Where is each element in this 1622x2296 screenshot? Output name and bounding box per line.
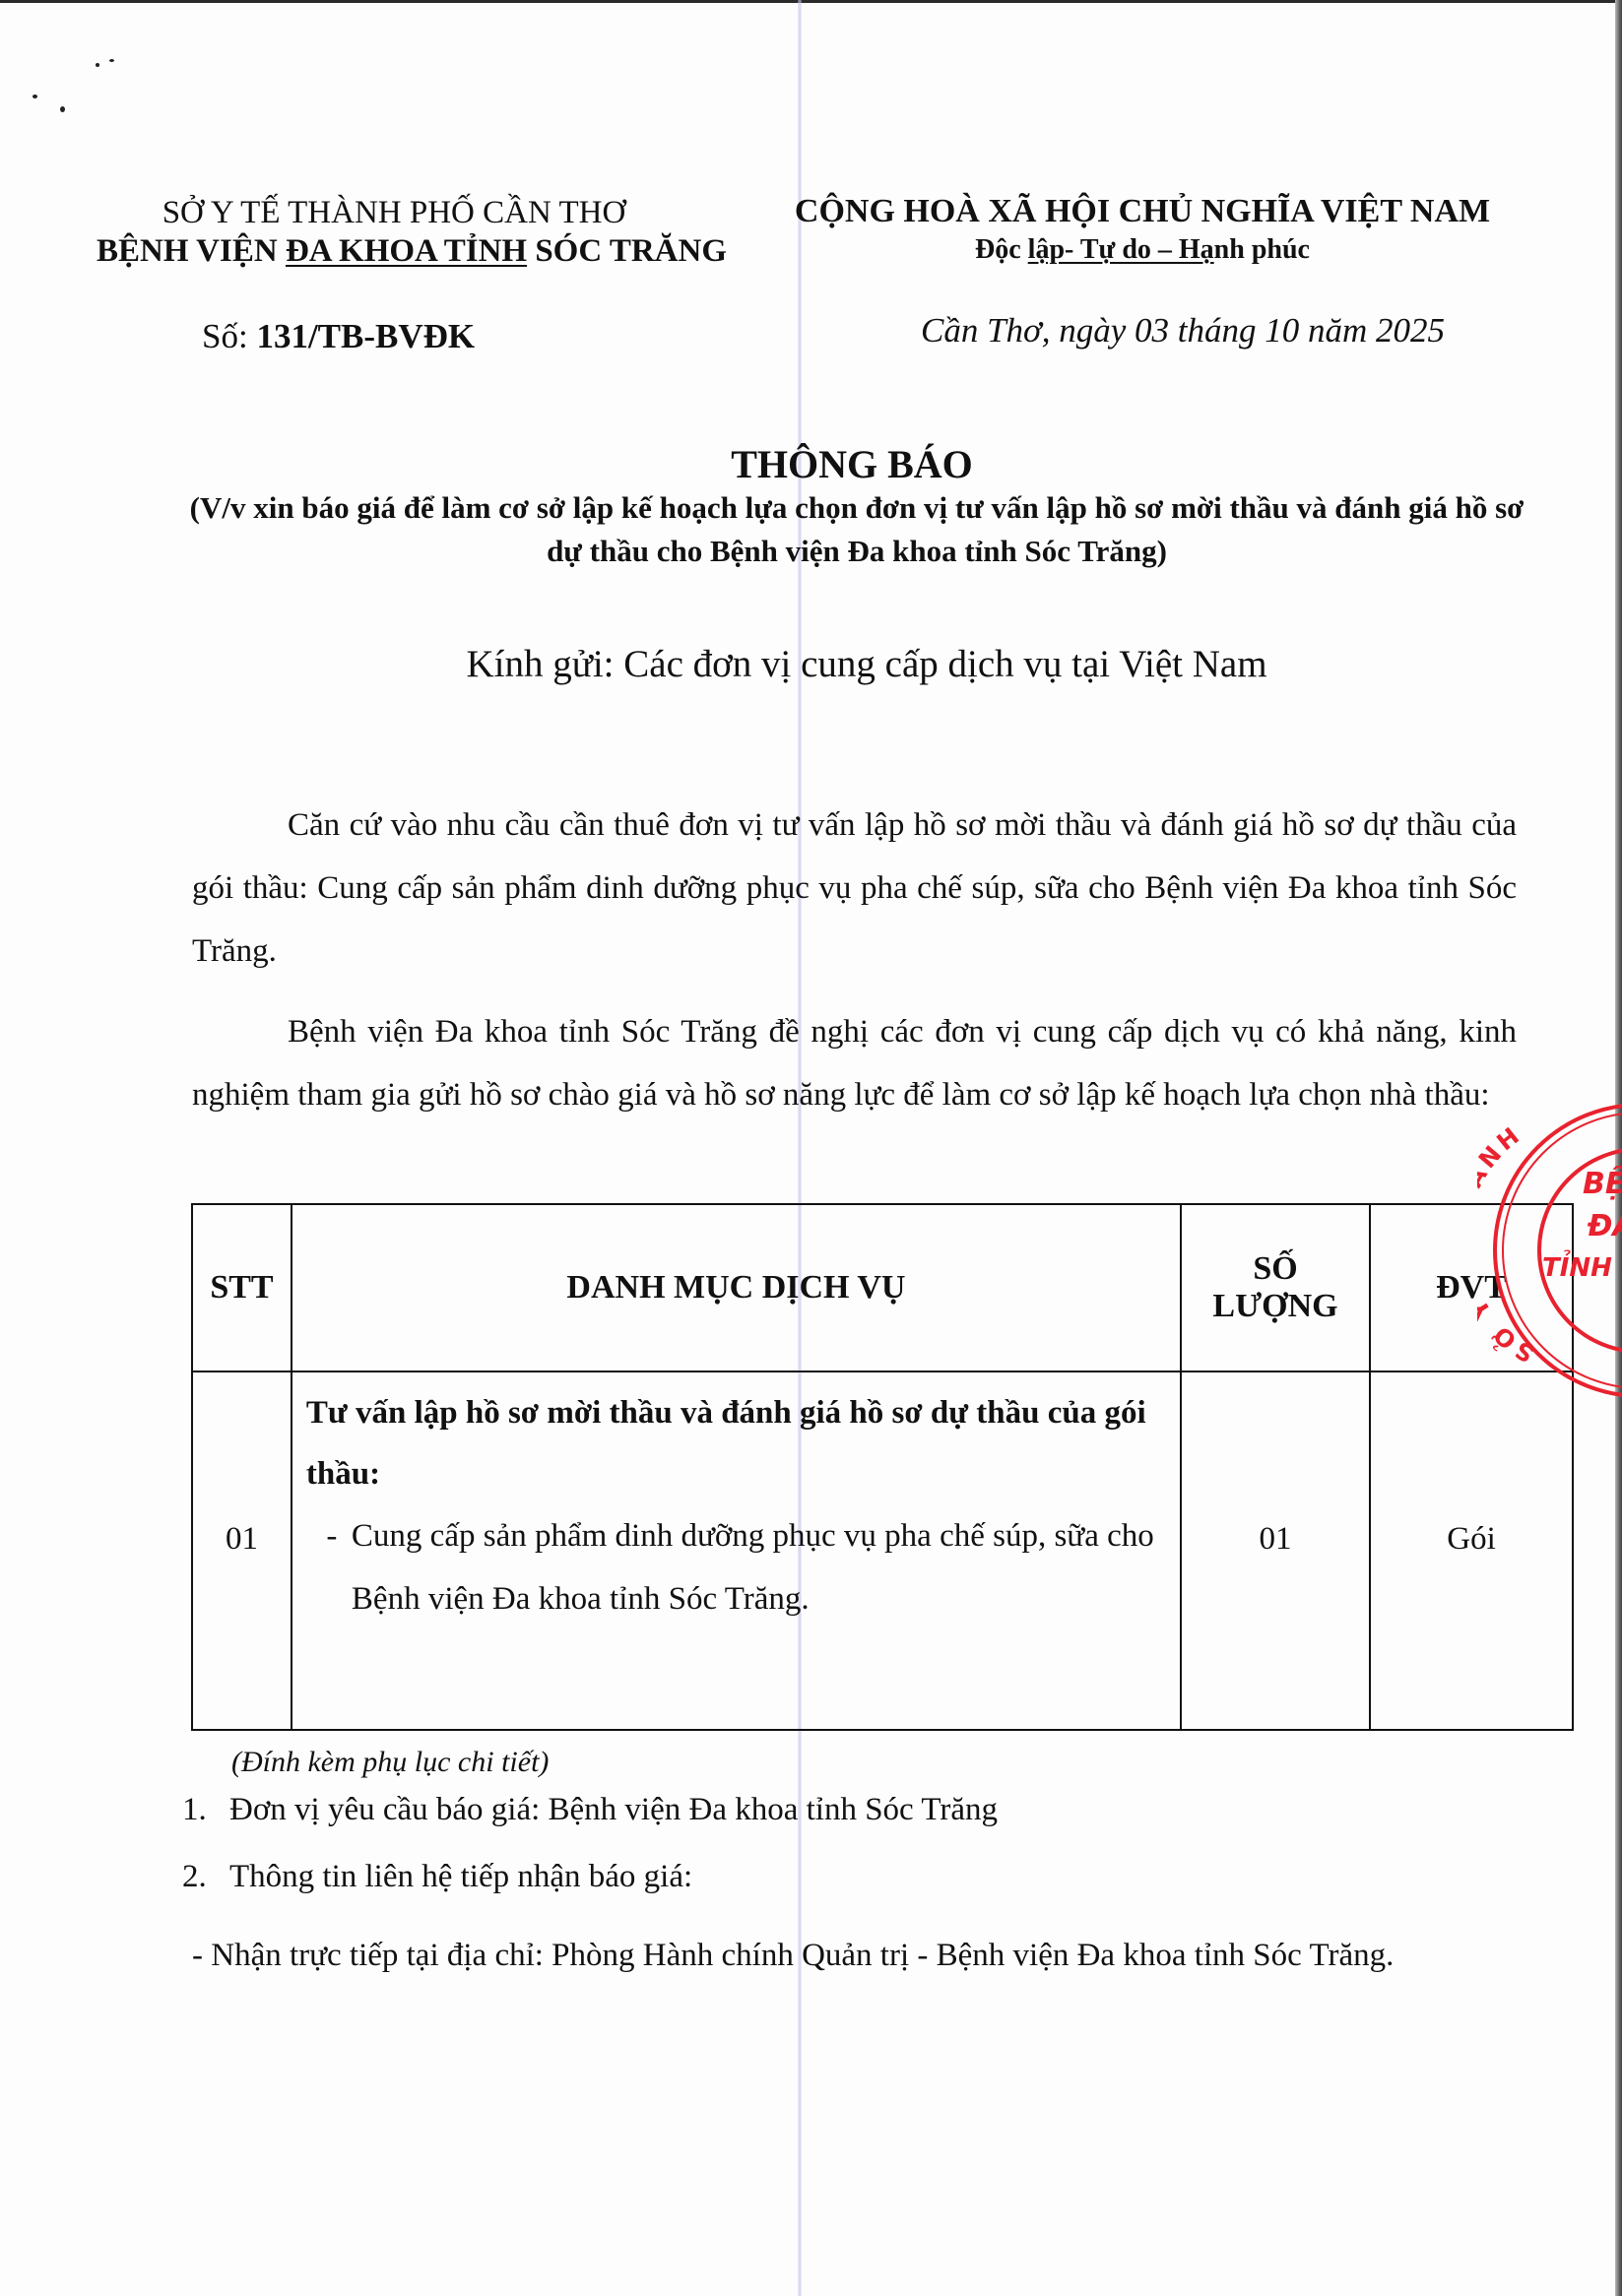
list-item: 1.Đơn vị yêu cầu báo giá: Bệnh viện Đa k… bbox=[182, 1792, 998, 1828]
cell-quantity: 01 bbox=[1181, 1371, 1370, 1730]
hospital-name: BỆNH VIỆN ĐA KHOA TỈNH SÓC TRĂNG bbox=[97, 233, 727, 270]
svg-text:ĐA KH: ĐA KH bbox=[1587, 1209, 1622, 1244]
service-bullet: - Cung cấp sản phẩm dinh dưỡng phục vụ p… bbox=[306, 1504, 1168, 1630]
contact-address: - Nhận trực tiếp tại địa chỉ: Phòng Hành… bbox=[192, 1920, 1517, 1991]
scan-speck bbox=[109, 59, 114, 62]
table-row: 01 Tư vấn lập hồ sơ mời thầu và đánh giá… bbox=[192, 1371, 1573, 1730]
scan-speck bbox=[32, 95, 37, 98]
cell-service: Tư vấn lập hồ sơ mời thầu và đánh giá hồ… bbox=[292, 1371, 1181, 1730]
cell-unit: Gói bbox=[1370, 1371, 1573, 1730]
national-title: CỘNG HOÀ XÃ HỘI CHỦ NGHĨA VIỆT NAM bbox=[758, 193, 1526, 230]
header-service-list: DANH MỤC DỊCH VỤ bbox=[292, 1204, 1181, 1371]
national-motto: Độc lập- Tự do – Hạnh phúc bbox=[758, 234, 1526, 266]
document-title: THÔNG BÁO bbox=[0, 441, 1622, 487]
document-subject: (V/v xin báo giá để làm cơ sở lập kế hoạ… bbox=[187, 486, 1526, 573]
bullet-dash: - bbox=[306, 1504, 352, 1630]
cell-stt: 01 bbox=[192, 1371, 292, 1730]
service-table: STT DANH MỤC DỊCH VỤ SỐLƯỢNG ĐVT 01 Tư v… bbox=[191, 1203, 1574, 1731]
header-quantity: SỐLƯỢNG bbox=[1181, 1204, 1370, 1371]
paragraph-request: Bệnh viện Đa khoa tỉnh Sóc Trăng đề nghị… bbox=[192, 1000, 1517, 1126]
scan-speck bbox=[96, 63, 99, 67]
scan-top-edge bbox=[0, 0, 1622, 3]
attachment-note: (Đính kèm phụ lục chi tiết) bbox=[231, 1746, 549, 1779]
place-and-date: Cần Thơ, ngày 03 tháng 10 năm 2025 bbox=[921, 311, 1445, 351]
scan-speck bbox=[60, 106, 65, 112]
document-number: Số: 131/TB-BVĐK bbox=[202, 317, 475, 356]
service-title: Tư vấn lập hồ sơ mời thầu và đánh giá hồ… bbox=[306, 1382, 1168, 1504]
agency-name: SỞ Y TẾ THÀNH PHỐ CẦN THƠ bbox=[138, 195, 650, 231]
recipient-greeting: Kính gửi: Các đơn vị cung cấp dịch vụ tạ… bbox=[0, 642, 1622, 686]
table-header-row: STT DANH MỤC DỊCH VỤ SỐLƯỢNG ĐVT bbox=[192, 1204, 1573, 1371]
svg-text:BỆNH V: BỆNH V bbox=[1583, 1165, 1622, 1201]
paragraph-basis: Căn cứ vào nhu cầu cần thuê đơn vị tư vấ… bbox=[192, 794, 1517, 983]
svg-text:TỈNH SÓC T: TỈNH SÓC T bbox=[1542, 1248, 1622, 1283]
official-seal-stamp: SỞ Y TẾ THÀNH BỆNH V ĐA KH TỈNH SÓC T ★ bbox=[1477, 1103, 1622, 1398]
list-item: 2.Thông tin liên hệ tiếp nhận báo giá: bbox=[182, 1859, 692, 1895]
header-stt: STT bbox=[192, 1204, 292, 1371]
